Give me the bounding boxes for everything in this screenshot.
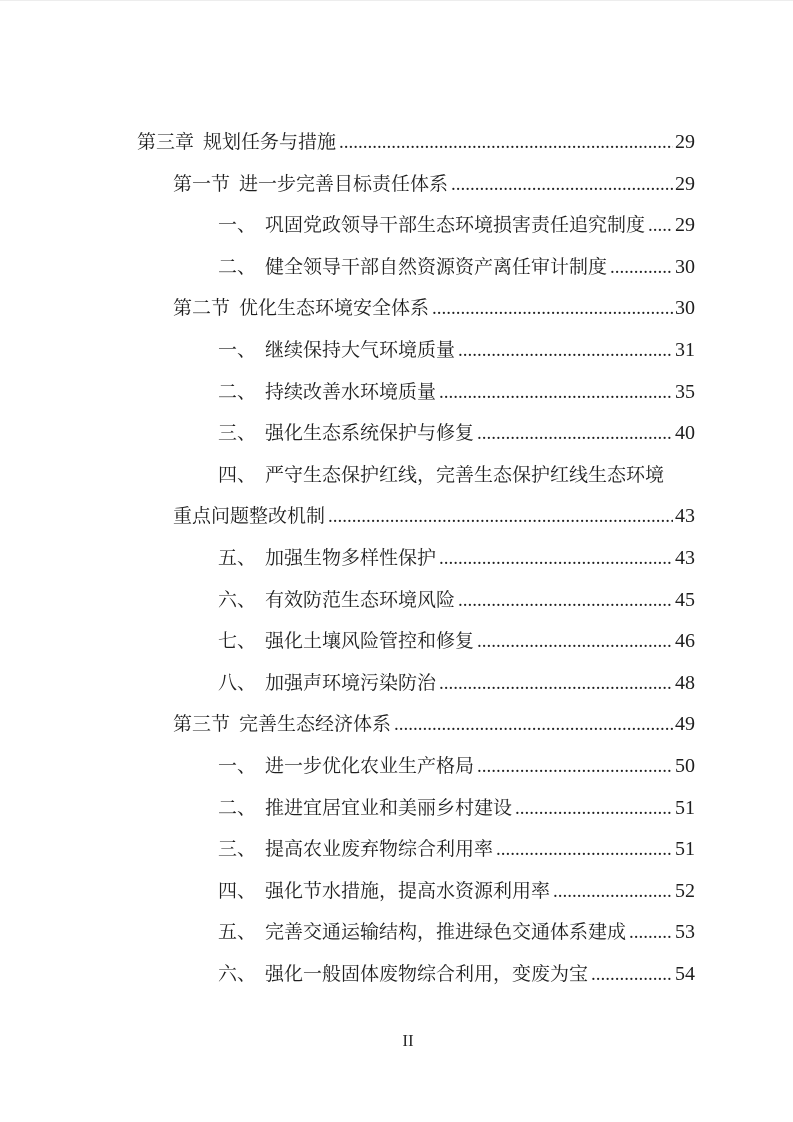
toc-entry-item[interactable]: 二、 持续改善水环境质量 35 xyxy=(137,372,695,414)
toc-leader-dots xyxy=(458,580,673,622)
toc-entry-item[interactable]: 六、 强化一般固体废物综合利用，变废为宝 54 xyxy=(137,954,695,996)
toc-entry-item[interactable]: 六、 有效防范生态环境风险 45 xyxy=(137,580,695,622)
toc-entry-title: 进一步完善目标责任体系 xyxy=(239,164,448,206)
toc-entry-chapter[interactable]: 第三章 规划任务与措施 29 xyxy=(137,122,695,164)
toc-entry-item-wrapped-second-line[interactable]: 重点问题整改机制 43 xyxy=(137,496,695,538)
toc-entry-item-wrapped-first-line[interactable]: 四、 严守生态保护红线，完善生态保护红线生态环境 xyxy=(137,455,695,497)
toc-entry-item[interactable]: 一、 巩固党政领导干部生态环境损害责任追究制度 29 xyxy=(137,205,695,247)
footer-page-number: II xyxy=(23,1031,793,1051)
toc-page-number: 29 xyxy=(675,164,695,206)
toc-page-number: 49 xyxy=(675,704,695,746)
toc-entry-prefix: 四、 xyxy=(218,871,256,913)
toc-leader-dots xyxy=(515,788,673,830)
toc-entry-prefix: 第三章 xyxy=(137,122,194,164)
toc-leader-dots xyxy=(439,663,673,705)
toc-page-number: 30 xyxy=(675,247,695,289)
table-of-contents: 第三章 规划任务与措施 29 第一节 进一步完善目标责任体系 29 一、 巩固党… xyxy=(137,122,695,995)
toc-entry-title: 完善生态经济体系 xyxy=(239,704,391,746)
toc-entry-prefix: 七、 xyxy=(218,621,256,663)
toc-leader-dots xyxy=(394,704,673,746)
toc-leader-dots xyxy=(451,164,673,206)
toc-entry-title: 强化节水措施，提高水资源利用率 xyxy=(265,871,550,913)
toc-entry-prefix: 五、 xyxy=(218,538,256,580)
toc-entry-prefix: 一、 xyxy=(218,330,256,372)
toc-page-number: 45 xyxy=(675,580,695,622)
toc-page-number: 43 xyxy=(675,538,695,580)
toc-page-number: 40 xyxy=(675,413,695,455)
toc-entry-title: 进一步优化农业生产格局 xyxy=(265,746,474,788)
toc-entry-section[interactable]: 第二节 优化生态环境安全体系 30 xyxy=(137,288,695,330)
toc-entry-prefix: 二、 xyxy=(218,247,256,289)
toc-page-number: 46 xyxy=(675,621,695,663)
toc-entry-title: 有效防范生态环境风险 xyxy=(265,580,455,622)
toc-entry-section[interactable]: 第三节 完善生态经济体系 49 xyxy=(137,704,695,746)
toc-leader-dots xyxy=(629,912,673,954)
toc-entry-title: 加强声环境污染防治 xyxy=(265,663,436,705)
toc-entry-item[interactable]: 七、 强化土壤风险管控和修复 46 xyxy=(137,621,695,663)
toc-leader-dots xyxy=(648,205,673,247)
toc-entry-prefix: 三、 xyxy=(218,829,256,871)
toc-leader-dots xyxy=(328,496,673,538)
toc-entry-prefix: 一、 xyxy=(218,746,256,788)
toc-leader-dots xyxy=(439,372,673,414)
toc-entry-title: 提高农业废弃物综合利用率 xyxy=(265,829,493,871)
toc-entry-prefix: 第一节 xyxy=(173,164,230,206)
toc-entry-title: 健全领导干部自然资源资产离任审计制度 xyxy=(265,247,607,289)
toc-page-number: 50 xyxy=(675,746,695,788)
toc-entry-prefix: 八、 xyxy=(218,663,256,705)
toc-entry-prefix: 六、 xyxy=(218,954,256,996)
toc-entry-prefix: 二、 xyxy=(218,372,256,414)
toc-leader-dots xyxy=(591,954,673,996)
toc-entry-title: 严守生态保护红线，完善生态保护红线生态环境 xyxy=(265,455,664,497)
toc-entry-prefix: 四、 xyxy=(218,455,256,497)
toc-entry-item[interactable]: 一、 继续保持大气环境质量 31 xyxy=(137,330,695,372)
toc-entry-prefix: 三、 xyxy=(218,413,256,455)
toc-leader-dots xyxy=(610,247,673,289)
toc-entry-title: 强化生态系统保护与修复 xyxy=(265,413,474,455)
toc-entry-item[interactable]: 五、 完善交通运输结构，推进绿色交通体系建成 53 xyxy=(137,912,695,954)
toc-entry-title: 推进宜居宜业和美丽乡村建设 xyxy=(265,788,512,830)
toc-leader-dots xyxy=(477,621,673,663)
toc-entry-title: 强化一般固体废物综合利用，变废为宝 xyxy=(265,954,588,996)
toc-entry-title: 完善交通运输结构，推进绿色交通体系建成 xyxy=(265,912,626,954)
toc-entry-prefix: 六、 xyxy=(218,580,256,622)
toc-entry-prefix: 一、 xyxy=(218,205,256,247)
toc-entry-title: 重点问题整改机制 xyxy=(173,496,325,538)
toc-entry-item[interactable]: 五、 加强生物多样性保护 43 xyxy=(137,538,695,580)
toc-page-number: 43 xyxy=(675,496,695,538)
toc-entry-prefix: 第三节 xyxy=(173,704,230,746)
toc-entry-prefix: 二、 xyxy=(218,788,256,830)
toc-page-number: 54 xyxy=(675,954,695,996)
toc-entry-prefix: 第二节 xyxy=(173,288,230,330)
toc-page-number: 51 xyxy=(675,788,695,830)
toc-entry-item[interactable]: 四、 强化节水措施，提高水资源利用率 52 xyxy=(137,871,695,913)
toc-entry-title: 规划任务与措施 xyxy=(203,122,336,164)
toc-page-number: 51 xyxy=(675,829,695,871)
toc-leader-dots xyxy=(496,829,673,871)
toc-entry-item[interactable]: 二、 健全领导干部自然资源资产离任审计制度 30 xyxy=(137,247,695,289)
toc-entry-title: 持续改善水环境质量 xyxy=(265,372,436,414)
toc-entry-item[interactable]: 二、 推进宜居宜业和美丽乡村建设 51 xyxy=(137,788,695,830)
toc-entry-item[interactable]: 八、 加强声环境污染防治 48 xyxy=(137,663,695,705)
toc-page-number: 52 xyxy=(675,871,695,913)
toc-entry-section[interactable]: 第一节 进一步完善目标责任体系 29 xyxy=(137,164,695,206)
toc-leader-dots xyxy=(339,122,673,164)
toc-leader-dots xyxy=(432,288,673,330)
toc-entry-item[interactable]: 三、 强化生态系统保护与修复 40 xyxy=(137,413,695,455)
toc-page-number: 48 xyxy=(675,663,695,705)
toc-leader-dots xyxy=(439,538,673,580)
toc-entry-title: 继续保持大气环境质量 xyxy=(265,330,455,372)
toc-leader-dots xyxy=(553,871,673,913)
toc-page-number: 29 xyxy=(675,205,695,247)
toc-entry-title: 优化生态环境安全体系 xyxy=(239,288,429,330)
toc-entry-title: 加强生物多样性保护 xyxy=(265,538,436,580)
toc-page-number: 29 xyxy=(675,122,695,164)
toc-page-number: 53 xyxy=(675,912,695,954)
toc-entry-title: 强化土壤风险管控和修复 xyxy=(265,621,474,663)
toc-leader-dots xyxy=(477,746,673,788)
toc-entry-title: 巩固党政领导干部生态环境损害责任追究制度 xyxy=(265,205,645,247)
toc-entry-item[interactable]: 一、 进一步优化农业生产格局 50 xyxy=(137,746,695,788)
toc-leader-dots xyxy=(477,413,673,455)
toc-page-number: 30 xyxy=(675,288,695,330)
toc-page-number: 35 xyxy=(675,372,695,414)
toc-leader-dots xyxy=(458,330,673,372)
document-page: 第三章 规划任务与措施 29 第一节 进一步完善目标责任体系 29 一、 巩固党… xyxy=(0,0,793,1122)
toc-entry-item[interactable]: 三、 提高农业废弃物综合利用率 51 xyxy=(137,829,695,871)
toc-entry-prefix: 五、 xyxy=(218,912,256,954)
toc-page-number: 31 xyxy=(675,330,695,372)
